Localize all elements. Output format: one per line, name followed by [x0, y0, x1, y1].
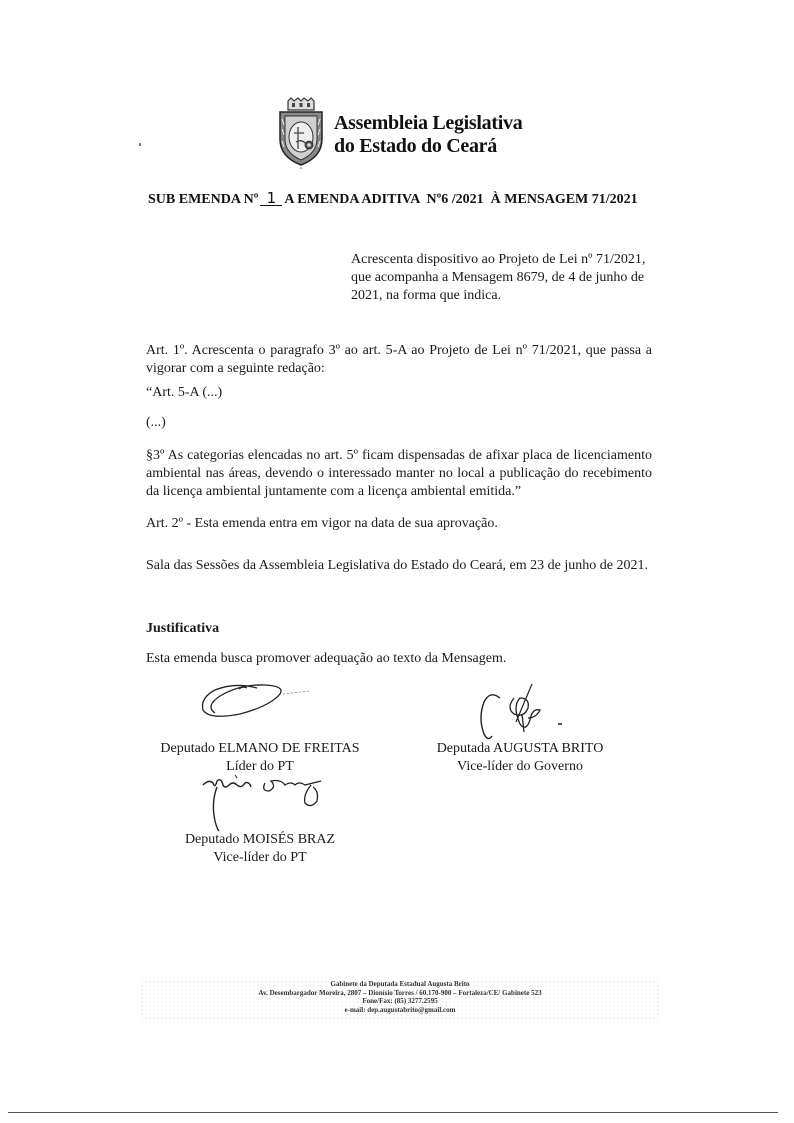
footer-office: Gabinete da Deputada Estadual Augusta Br… — [140, 980, 660, 989]
institution-name: Assembleia Legislativa do Estado do Cear… — [334, 112, 522, 158]
signatory-name: Deputada AUGUSTA BRITO — [420, 740, 620, 758]
justification-text: Esta emenda busca promover adequação ao … — [146, 651, 506, 667]
signatory-role: Vice-líder do Governo — [420, 758, 620, 776]
article-5a-quote: “Art. 5-A (...) — [146, 384, 652, 402]
page-bottom-rule — [8, 1112, 778, 1113]
signatory-moises: Deputado MOISÉS BRAZ Vice-líder do PT — [160, 831, 360, 867]
signature-moises-icon — [195, 773, 335, 833]
handwritten-amendment-number: 1 — [260, 191, 282, 206]
signatory-elmano: Deputado ELMANO DE FREITAS Líder do PT — [150, 740, 370, 776]
footer-phone: Fone/Fax: (85) 3277.2595 — [140, 997, 660, 1006]
ellipsis-line: (...) — [146, 414, 652, 432]
footer-email: e-mail: dep.augustabrito@gmail.com — [140, 1006, 660, 1015]
paragraph-3: §3º As categorias elencadas no art. 5º f… — [146, 447, 652, 501]
signature-elmano-icon — [195, 676, 315, 726]
justification-heading: Justificativa — [146, 621, 219, 637]
title-suffix: A EMENDA ADITIVA Nº6 /2021 À MENSAGEM 71… — [284, 192, 637, 207]
scan-artifact — [139, 143, 141, 146]
signatory-role: Vice-líder do PT — [160, 849, 360, 867]
ementa: Acrescenta dispositivo ao Projeto de Lei… — [351, 251, 656, 305]
session-closing: Sala das Sessões da Assembleia Legislati… — [146, 557, 652, 575]
institution-line-2: do Estado do Ceará — [334, 135, 522, 158]
signatory-name: Deputado ELMANO DE FREITAS — [150, 740, 370, 758]
state-coat-of-arms-icon — [276, 97, 326, 169]
office-footer: Gabinete da Deputada Estadual Augusta Br… — [140, 980, 660, 1020]
institution-line-1: Assembleia Legislativa — [334, 112, 522, 135]
signature-augusta-icon — [470, 684, 590, 744]
footer-address: Av. Desembargador Moreira, 2807 – Dionís… — [140, 989, 660, 998]
article-1: Art. 1º. Acrescenta o paragrafo 3º ao ar… — [146, 342, 652, 378]
signatory-name: Deputado MOISÉS BRAZ — [160, 831, 360, 849]
title-prefix: SUB EMENDA Nº — [148, 192, 258, 207]
letterhead: Assembleia Legislativa do Estado do Cear… — [276, 97, 476, 173]
signatory-augusta: Deputada AUGUSTA BRITO Vice-líder do Gov… — [420, 740, 620, 776]
document-title: SUB EMENDA Nº1A EMENDA ADITIVA Nº6 /2021… — [148, 191, 668, 208]
article-2: Art. 2º - Esta emenda entra em vigor na … — [146, 515, 652, 533]
